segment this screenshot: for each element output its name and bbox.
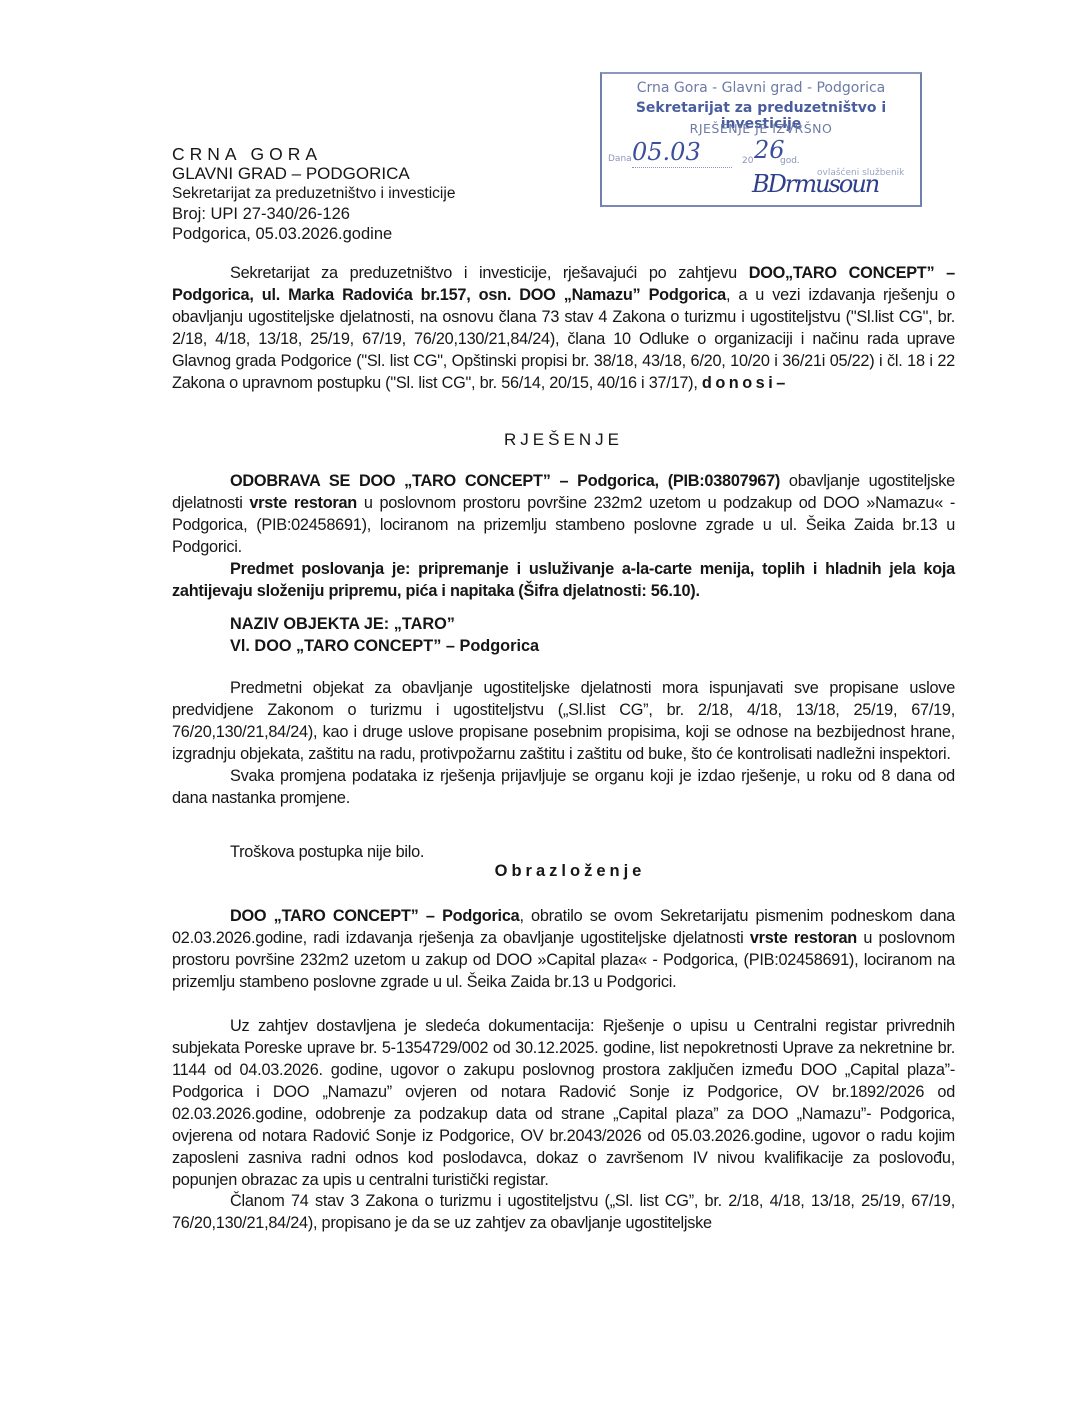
decision-change-notice: Svaka promjena podataka iz rješenja prij… [172, 765, 955, 809]
reasoning-legal-article: Članom 74 stav 3 Zakona o turizmu i ugos… [172, 1190, 955, 1234]
header-department: Sekretarijat za preduzetništvo i investi… [172, 184, 455, 204]
stamp-line-authority: Crna Gora - Glavni grad - Podgorica [602, 80, 920, 96]
intro-paragraph: Sekretarijat za preduzetništvo i investi… [172, 262, 955, 394]
decision-conditions: Predmetni objekat za obavljanje ugostite… [172, 677, 955, 765]
intro-donosi: donosi– [702, 374, 789, 392]
header-date: Podgorica, 05.03.2026.godine [172, 224, 455, 244]
header-country: CRNA GORA [172, 144, 455, 164]
stamp-date-value: 05.03 [632, 138, 701, 166]
reasoning-paragraph-1: DOO „TARO CONCEPT” – Podgorica, obratilo… [172, 905, 955, 993]
header-case-number: Broj: UPI 27-340/26-126 [172, 204, 455, 224]
reasoning-applicant: DOO „TARO CONCEPT” – Podgorica [230, 907, 519, 925]
stamp-year-label: 20 [742, 156, 753, 166]
reasoning-type: vrste restoran [750, 929, 857, 947]
signature: BDrmusoun [752, 170, 878, 198]
header-city: GLAVNI GRAD – PODGORICA [172, 164, 455, 184]
decision-approval: ODOBRAVA SE DOO „TARO CONCEPT” – Podgori… [230, 472, 780, 490]
resenje-title: RJEŠENJE [172, 430, 955, 450]
decision-costs: Troškova postupka nije bilo. [172, 841, 955, 863]
executive-stamp: Crna Gora - Glavni grad - Podgorica Sekr… [600, 72, 922, 207]
intro-text-start: Sekretarijat za preduzetništvo i investi… [230, 264, 749, 282]
establishment-name: NAZIV OBJEKTA JE: „TARO” [230, 613, 455, 635]
document-header: CRNA GORA GLAVNI GRAD – PODGORICA Sekret… [172, 144, 455, 244]
establishment-owner: Vl. DOO „TARO CONCEPT” – Podgorica [230, 635, 539, 657]
decision-paragraph-1: ODOBRAVA SE DOO „TARO CONCEPT” – Podgori… [172, 470, 955, 558]
stamp-line-status: RJEŠENJE JE IZVRŠNO [602, 121, 920, 136]
stamp-date-label: Dana [608, 154, 632, 164]
stamp-date-line [632, 167, 732, 168]
reasoning-documentation: Uz zahtjev dostavljena je sledeća dokume… [172, 1015, 955, 1191]
document-page: Crna Gora - Glavni grad - Podgorica Sekr… [0, 0, 1088, 1408]
stamp-year-suffix: god. [780, 156, 800, 166]
obrazlozenje-title: Obrazloženje [420, 862, 720, 881]
decision-business-subject: Predmet poslovanja je: pripremanje i usl… [172, 558, 955, 602]
decision-type: vrste restoran [249, 494, 357, 512]
